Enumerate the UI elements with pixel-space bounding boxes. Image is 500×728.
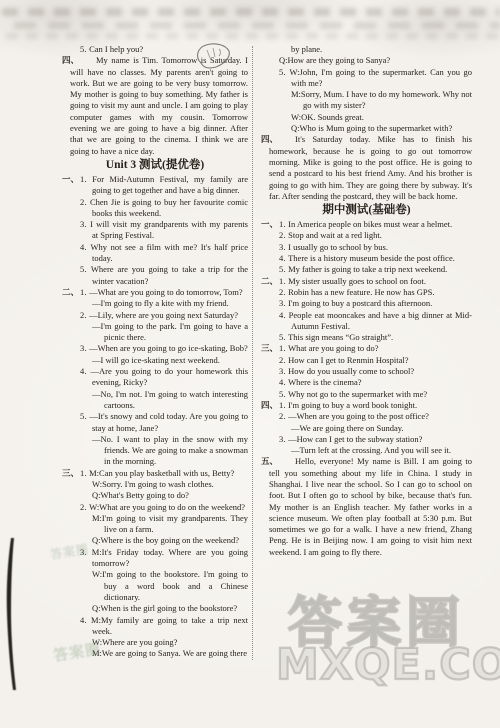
- item-number: 3.: [80, 343, 89, 353]
- answer-line: 一、1. In America people on bikes must wea…: [279, 219, 472, 230]
- section-marker: 三、: [261, 343, 278, 354]
- section-marker: 四、: [62, 55, 79, 66]
- answer-line: 2. Stop and wait at a red light.: [279, 230, 472, 241]
- answer-line: 三、1. What are you going to do?: [279, 343, 472, 354]
- item-number: 5.: [279, 389, 288, 399]
- answer-line: W:Sorry. I'm going to wash clothes.: [92, 479, 248, 490]
- answer-line: 2. How can I get to Renmin Hospital?: [279, 355, 472, 366]
- answer-line: —No, I'm not. I'm going to watch interes…: [92, 389, 248, 412]
- item-number: 1.: [279, 219, 288, 229]
- answer-paragraph: 四、It's Saturday today. Mike has to finis…: [269, 134, 472, 202]
- section-marker: 三、: [62, 468, 79, 479]
- answer-line: 2. —When are you going to the post offic…: [279, 411, 472, 422]
- faint-stamp: 答案圈: [52, 637, 103, 665]
- answer-line: 4. People eat mooncakes and have a big d…: [279, 310, 472, 333]
- item-number: 5.: [279, 67, 289, 77]
- item-number: 1.: [279, 276, 288, 286]
- item-number: 2.: [80, 310, 89, 320]
- answer-line: 5. This sign means “Go straight”.: [279, 332, 472, 343]
- answer-line: —Turn left at the crossing. And you will…: [291, 445, 472, 456]
- item-number: 4.: [279, 310, 289, 320]
- item-number: 3.: [279, 366, 288, 376]
- section-marker: 四、: [261, 400, 278, 411]
- left-column: 5. Can I help you?四、My name is Tim. Tomo…: [62, 44, 248, 660]
- item-number: 2.: [279, 411, 288, 421]
- item-number: 5.: [80, 44, 89, 54]
- answer-line: W:Where are you going?: [92, 637, 248, 648]
- answer-line: 3. —When are you going to go ice-skating…: [80, 343, 248, 354]
- answer-line: 5. My father is going to take a trip nex…: [279, 264, 472, 275]
- answer-line: 4. Why not see a film with me? It's half…: [80, 242, 248, 265]
- scanned-answer-page: 5. Can I help you?四、My name is Tim. Tomo…: [0, 0, 500, 728]
- answer-line: W:I'm going to the bookstore. I'm going …: [92, 569, 248, 603]
- answer-line: 二、1. My sister usually goes to school on…: [279, 276, 472, 287]
- answer-line: 2. —Lily, where are you going next Satur…: [80, 310, 248, 321]
- column-divider: [252, 46, 253, 660]
- answer-line: 三、1. M:Can you play basketball with us, …: [80, 468, 248, 479]
- section-marker: 五、: [261, 456, 278, 467]
- answer-line: 二、1. —What are you going to do tomorrow,…: [80, 287, 248, 298]
- answer-line: M:We are going to Sanya. We are going th…: [92, 648, 248, 659]
- watermark-site-text: MXQE.COM: [276, 644, 500, 687]
- item-number: 3.: [279, 298, 288, 308]
- item-number: 3.: [279, 242, 288, 252]
- pencil-scribble-annotation: [192, 41, 236, 71]
- item-number: 1.: [80, 174, 92, 184]
- answer-line: W:OK. Sounds great.: [291, 112, 472, 123]
- item-number: 5.: [80, 264, 91, 274]
- section-marker: 二、: [62, 287, 79, 298]
- answer-line: Q:How are they going to Sanya?: [279, 55, 472, 66]
- right-column: by plane.Q:How are they going to Sanya?5…: [261, 44, 472, 558]
- section-header: 期中测试(基础卷): [261, 202, 472, 219]
- answer-line: Q:Where is the boy going on the weekend?: [92, 535, 248, 546]
- item-number: 1.: [80, 287, 89, 297]
- answer-line: Q:When is the girl going to the bookstor…: [92, 603, 248, 614]
- item-number: 3.: [279, 434, 288, 444]
- item-number: 2.: [80, 197, 90, 207]
- answer-line: 4. —Are you going to do your homework th…: [80, 366, 248, 389]
- item-number: 4.: [80, 366, 91, 376]
- answer-paragraph: 五、Hello, everyone! My name is Bill. I am…: [269, 456, 472, 558]
- item-number: 4.: [80, 615, 91, 625]
- answer-line: —I will go ice-skating next weekend.: [92, 355, 248, 366]
- answer-line: 4. M:My family are going to take a trip …: [80, 615, 248, 638]
- answer-line: —I'm going to the park. I'm going to hav…: [92, 321, 248, 344]
- section-marker: 一、: [62, 174, 79, 185]
- binding-shadow: [2, 538, 18, 690]
- answer-line: 5. Why not go to the supermarket with me…: [279, 389, 472, 400]
- section-marker: 二、: [261, 276, 278, 287]
- answer-line: 5. —It's snowy and cold today. Are you g…: [80, 411, 248, 434]
- answer-line: 5. Where are you going to take a trip fo…: [80, 264, 248, 287]
- item-number: 5.: [279, 332, 288, 342]
- answer-line: 四、1. I'm going to buy a word book tonigh…: [279, 400, 472, 411]
- answer-line: 4. Where is the cinema?: [279, 377, 472, 388]
- section-marker: 一、: [261, 219, 278, 230]
- answer-line: 2. Robin has a new feature. He now has G…: [279, 287, 472, 298]
- item-number: 3.: [80, 219, 90, 229]
- item-number: 1.: [279, 400, 288, 410]
- item-number: 4.: [80, 242, 91, 252]
- item-number: 2.: [279, 355, 288, 365]
- item-number: 5.: [80, 411, 89, 421]
- answer-line: M:I'm going to visit my grandparents. Th…: [92, 513, 248, 536]
- answer-line: Q:Who is Mum going to the supermarket wi…: [291, 123, 472, 134]
- item-number: 4.: [279, 253, 288, 263]
- answer-line: by plane.: [291, 44, 472, 55]
- answer-line: M:Sorry, Mum. I have to do my homework. …: [291, 89, 472, 112]
- page-content: 5. Can I help you?四、My name is Tim. Tomo…: [62, 44, 472, 660]
- answer-line: 2. W:What are you going to do on the wee…: [80, 502, 248, 513]
- item-number: 2.: [279, 230, 288, 240]
- page-showthrough-smudge: [0, 0, 500, 42]
- answer-line: 3. How do you usually come to school?: [279, 366, 472, 377]
- item-number: 2.: [279, 287, 288, 297]
- answer-line: 3. —How can I get to the subway station?: [279, 434, 472, 445]
- item-number: 4.: [279, 377, 288, 387]
- item-number: 1.: [80, 468, 89, 478]
- answer-line: 2. Chen Jie is going to buy her favourit…: [80, 197, 248, 220]
- answer-line: Q:What's Betty going to do?: [92, 490, 248, 501]
- answer-line: 4. There is a history museum beside the …: [279, 253, 472, 264]
- answer-line: 一、1. For Mid-Autumn Festival, my family …: [80, 174, 248, 197]
- answer-line: 3. M:It's Friday today. Where are you go…: [80, 547, 248, 570]
- answer-line: —We are going there on Sunday.: [291, 423, 472, 434]
- item-number: 2.: [80, 502, 89, 512]
- answer-line: 3. I'm going to buy a postcard this afte…: [279, 298, 472, 309]
- section-marker: 四、: [261, 134, 278, 145]
- answer-line: 3. I will visit my grandparents with my …: [80, 219, 248, 242]
- item-number: 1.: [279, 343, 288, 353]
- answer-line: 5. W:John, I'm going to the supermarket.…: [279, 67, 472, 90]
- section-header: Unit 3 测试(提优卷): [62, 157, 248, 174]
- item-number: 5.: [279, 264, 288, 274]
- answer-line: 3. I usually go to school by bus.: [279, 242, 472, 253]
- answer-line: —I'm going to fly a kite with my friend.: [92, 298, 248, 309]
- answer-line: —No. I want to play in the snow with my …: [92, 434, 248, 468]
